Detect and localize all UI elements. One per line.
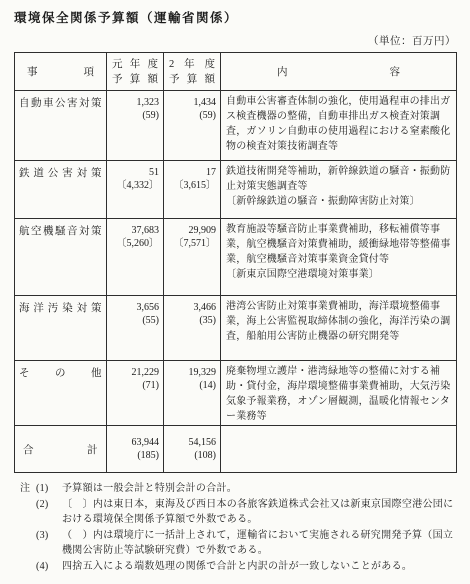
unit-label: （単位：百万円）	[14, 33, 456, 48]
footnotes: 注 (1) 予算額は一般会計と特別会計の合計。 (2) 〔 〕内は東日本，東海及…	[14, 481, 456, 574]
table-row-aircraft-noise: 航空機騒音対策 37,683 〔5,260〕 29,909 〔7,571〕 教育…	[15, 219, 457, 296]
page-title: 環境保全関係予算額（運輸省関係）	[14, 8, 456, 26]
header-item: 事項	[15, 53, 107, 91]
footnote-number: (3)	[36, 528, 62, 544]
table-row-others: その他 21,229 (71) 19,329 (14) 廃棄物埋立護岸・港湾緑地…	[15, 361, 457, 426]
budget-y1-value: 21,229	[107, 361, 163, 379]
budget-y2-note: (59)	[164, 109, 220, 122]
budget-y2-note: 〔3,615〕	[164, 179, 220, 192]
footnote-number: (1)	[36, 481, 62, 497]
row-item-label: 航空機騒音対策	[15, 219, 106, 238]
document-page: 環境保全関係予算額（運輸省関係） （単位：百万円） 事項 元年度 予算額 2年度…	[0, 0, 470, 574]
table-header-row: 事項 元年度 予算額 2年度 予算額 内容	[15, 53, 457, 91]
row-content: 廃棄物埋立護岸・港湾緑地等の整備に対する補助・貸付金，海岸環境整備事業費補助，大…	[221, 361, 456, 424]
table-row-auto-pollution: 自動車公害対策 1,323 (59) 1,434 (59) 自動車公害審査体制の…	[15, 91, 457, 161]
header-year2-line2: 予算額	[164, 72, 220, 87]
footnote-number: (4)	[36, 559, 62, 575]
budget-y1-note: (55)	[107, 314, 163, 327]
budget-y2-value: 29,909	[164, 219, 220, 237]
header-year1-line2: 予算額	[107, 72, 163, 87]
row-content: 港湾公害防止対策事業費補助，海洋環境整備事業，海上公害監視取締体制の強化，海洋汚…	[221, 296, 456, 344]
footnote-3: (3) （ ）内は環境庁に一括計上されて，運輸省において実施される研究開発予算（…	[14, 528, 456, 559]
footnote-1: 注 (1) 予算額は一般会計と特別会計の合計。	[14, 481, 456, 497]
footnote-text: 予算額は一般会計と特別会計の合計。	[62, 481, 456, 497]
budget-y2-note: 〔7,571〕	[164, 237, 220, 250]
budget-y1-note: 〔4,332〕	[107, 179, 163, 192]
header-year1: 元年度 予算額	[107, 53, 164, 91]
row-content: 教育施設等騒音防止事業費補助，移転補償等事業，航空機騒音対策費補助，緩衝緑地帯等…	[221, 219, 456, 267]
row-item-label: その他	[15, 361, 106, 380]
table-row-marine-pollution: 海洋汚染対策 3,656 (55) 3,466 (35) 港湾公害防止対策事業費…	[15, 296, 457, 361]
budget-y2-value: 19,329	[164, 361, 220, 379]
row-item-label: 海洋汚染対策	[15, 296, 106, 315]
header-year2-line1: 2年度	[164, 57, 220, 72]
header-year1-line1: 元年度	[107, 57, 163, 72]
header-content-label: 内容	[221, 64, 456, 79]
row-item-label: 鉄道公害対策	[15, 161, 106, 180]
budget-y1-value: 51	[107, 161, 163, 179]
budget-y2-value: 17	[164, 161, 220, 179]
budget-y1-value: 1,323	[107, 91, 163, 109]
total-y2-note: (108)	[164, 449, 220, 462]
budget-y1-value: 37,683	[107, 219, 163, 237]
footnote-text: 〔 〕内は東日本，東海及び西日本の各旅客鉄道株式会社又は新東京国際空港公団におけ…	[62, 497, 456, 528]
row-content: 自動車公害審査体制の強化，使用過程車の排出ガス検査機器の整備，自動車排出ガス検査…	[221, 91, 456, 154]
header-year2: 2年度 予算額	[164, 53, 221, 91]
footnote-2: (2) 〔 〕内は東日本，東海及び西日本の各旅客鉄道株式会社又は新東京国際空港公…	[14, 497, 456, 528]
budget-y2-note: (14)	[164, 379, 220, 392]
row-content: 鉄道技術開発等補助，新幹線鉄道の騒音・振動防止対策実態調査等	[221, 161, 456, 194]
budget-table: 事項 元年度 予算額 2年度 予算額 内容 自動車公害対策 1,323 (59)…	[14, 52, 457, 473]
budget-y1-value: 3,656	[107, 296, 163, 314]
total-y1-value: 63,944	[107, 436, 163, 449]
total-y1-note: (185)	[107, 449, 163, 462]
table-row-rail-pollution: 鉄道公害対策 51 〔4,332〕 17 〔3,615〕 鉄道技術開発等補助，新…	[15, 161, 457, 219]
row-content-bracket: 〔新幹線鉄道の騒音・振動障害防止対策〕	[221, 194, 456, 209]
footnote-number: (2)	[36, 497, 62, 513]
header-item-label: 事項	[15, 64, 106, 79]
total-y2-value: 54,156	[164, 436, 220, 449]
row-item-label: 自動車公害対策	[15, 91, 106, 110]
budget-y2-note: (35)	[164, 314, 220, 327]
header-content: 内容	[221, 53, 457, 91]
budget-y1-note: (59)	[107, 109, 163, 122]
row-content-bracket: 〔新東京国際空港環境対策事業〕	[221, 267, 456, 282]
budget-y2-value: 1,434	[164, 91, 220, 109]
notes-label: 注	[14, 481, 36, 497]
budget-y1-note: 〔5,260〕	[107, 237, 163, 250]
footnote-text: 四捨五入による端数処理の関係で合計と内訳の計が一致しないことがある。	[62, 559, 456, 575]
budget-y2-value: 3,466	[164, 296, 220, 314]
footnote-text: （ ）内は環境庁に一括計上されて，運輸省において実施される研究開発予算（国立機関…	[62, 528, 456, 559]
footnote-4: (4) 四捨五入による端数処理の関係で合計と内訳の計が一致しないことがある。	[14, 559, 456, 575]
budget-y1-note: (71)	[107, 379, 163, 392]
table-row-total: 合計 63,944 (185) 54,156 (108)	[15, 426, 457, 473]
total-label: 合計	[15, 442, 106, 457]
